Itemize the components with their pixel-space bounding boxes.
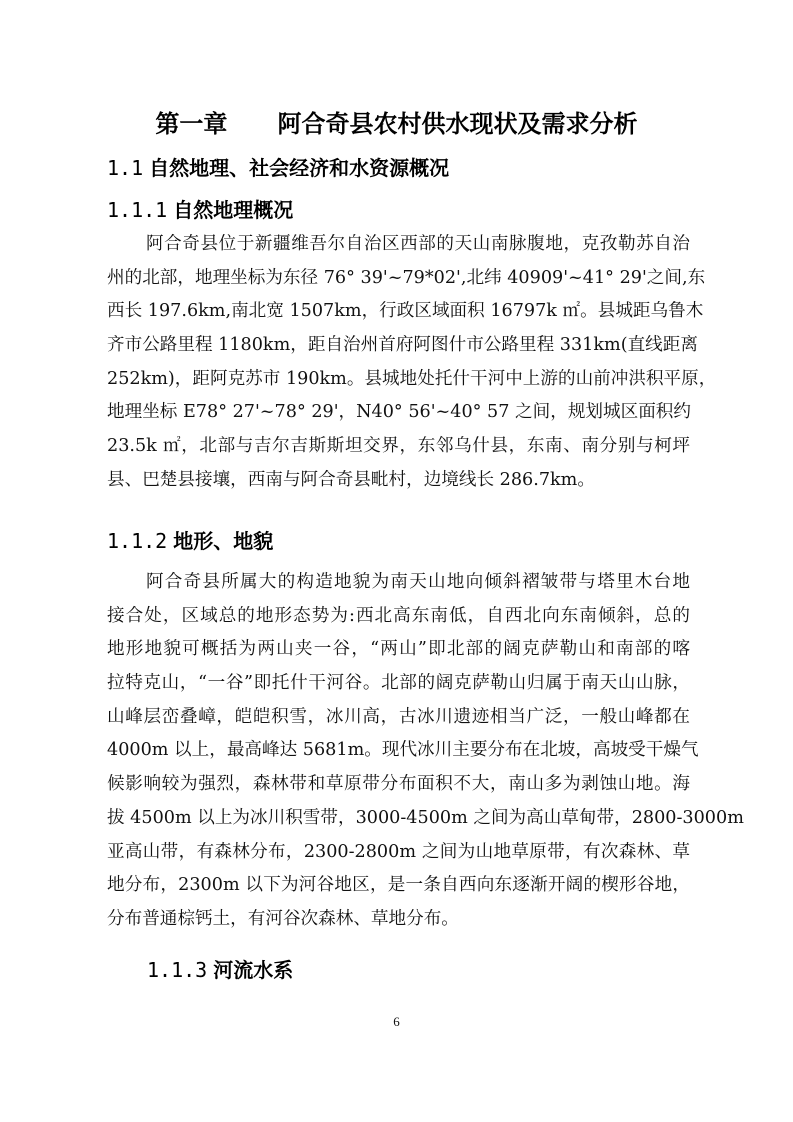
- text-line: 4000m 以上，最高峰达 5681m。现代冰川主要分布在北坡，高坡受干燥气: [107, 734, 690, 768]
- document-page: 第一章 阿合奇县农村供水现状及需求分析 1.1自然地理、社会经济和水资源概况 1…: [0, 0, 793, 1122]
- section-number: 1.1: [107, 156, 143, 180]
- text-line: 西长 197.6km,南北宽 1507km，行政区域面积 16797k ㎡。县城…: [107, 295, 690, 329]
- section-number: 1.1.2: [107, 529, 167, 553]
- section-title: 地形、地貌: [173, 529, 273, 553]
- section-title: 河流水系: [213, 958, 293, 982]
- paragraph-natural-geography: 阿合奇县位于新疆维吾尔自治区西部的天山南脉腹地，克孜勒苏自治 州的北部，地理坐标…: [107, 228, 690, 498]
- paragraph-terrain-landform: 阿合奇县所属大的构造地貌为南天山地向倾斜褶皱带与塔里木台地 接合处，区域总的地形…: [107, 566, 690, 937]
- text-line: 县、巴楚县接壤，西南与阿合奇县毗村，边境线长 286.7km。: [107, 464, 690, 498]
- text-line: 拔 4500m 以上为冰川积雪带，3000-4500m 之间为高山草甸带，280…: [107, 802, 690, 836]
- text-line: 分布普通棕钙土，有河谷次森林、草地分布。: [107, 903, 690, 937]
- text-line: 拉特克山，“一谷”即托什干河谷。北部的阔克萨勒山归属于南天山山脉，: [107, 667, 690, 701]
- text-line: 地理坐标 E78° 27'~78° 29'，N40° 56'~40° 57 之间…: [107, 396, 690, 430]
- section-heading-1-1: 1.1自然地理、社会经济和水资源概况: [107, 153, 449, 183]
- section-number: 1.1.3: [147, 958, 207, 982]
- section-title: 自然地理概况: [173, 198, 293, 222]
- page-number: 6: [0, 1012, 793, 1032]
- section-title: 自然地理、社会经济和水资源概况: [149, 156, 449, 180]
- text-line: 州的北部，地理坐标为东径 76° 39'~79*02',北纬 40909'~41…: [107, 262, 690, 296]
- section-number: 1.1.1: [107, 198, 167, 222]
- text-line: 山峰层峦叠嶂，皑皑积雪，冰川高，古冰川遗迹相当广泛，一般山峰都在: [107, 701, 690, 735]
- section-heading-1-1-2: 1.1.2地形、地貌: [107, 526, 273, 556]
- text-line: 23.5k ㎡，北部与吉尔吉斯斯坦交界，东邻乌什县，东南、南分别与柯坪: [107, 430, 690, 464]
- chapter-title: 第一章 阿合奇县农村供水现状及需求分析: [0, 106, 793, 142]
- section-heading-1-1-3: 1.1.3河流水系: [147, 955, 293, 985]
- text-line: 阿合奇县位于新疆维吾尔自治区西部的天山南脉腹地，克孜勒苏自治: [107, 228, 690, 262]
- text-line: 齐市公路里程 1180km，距自治州首府阿图什市公路里程 331km(直线距离: [107, 329, 690, 363]
- text-line: 候影响较为强烈，森林带和草原带分布面积不大，南山多为剥蚀山地。海: [107, 768, 690, 802]
- text-line: 252km)，距阿克苏市 190km。县城地处托什干河中上游的山前冲洪积平原，: [107, 363, 690, 397]
- text-line: 接合处，区域总的地形态势为:西北高东南低，自西北向东南倾斜，总的: [107, 600, 690, 634]
- text-line: 地分布，2300m 以下为河谷地区，是一条自西向东逐渐开阔的楔形谷地，: [107, 869, 690, 903]
- text-line: 阿合奇县所属大的构造地貌为南天山地向倾斜褶皱带与塔里木台地: [107, 566, 690, 600]
- section-heading-1-1-1: 1.1.1自然地理概况: [107, 195, 293, 225]
- text-line: 亚高山带，有森林分布，2300-2800m 之间为山地草原带，有次森林、草: [107, 836, 690, 870]
- text-line: 地形地貌可概括为两山夹一谷，“两山”即北部的阔克萨勒山和南部的喀: [107, 633, 690, 667]
